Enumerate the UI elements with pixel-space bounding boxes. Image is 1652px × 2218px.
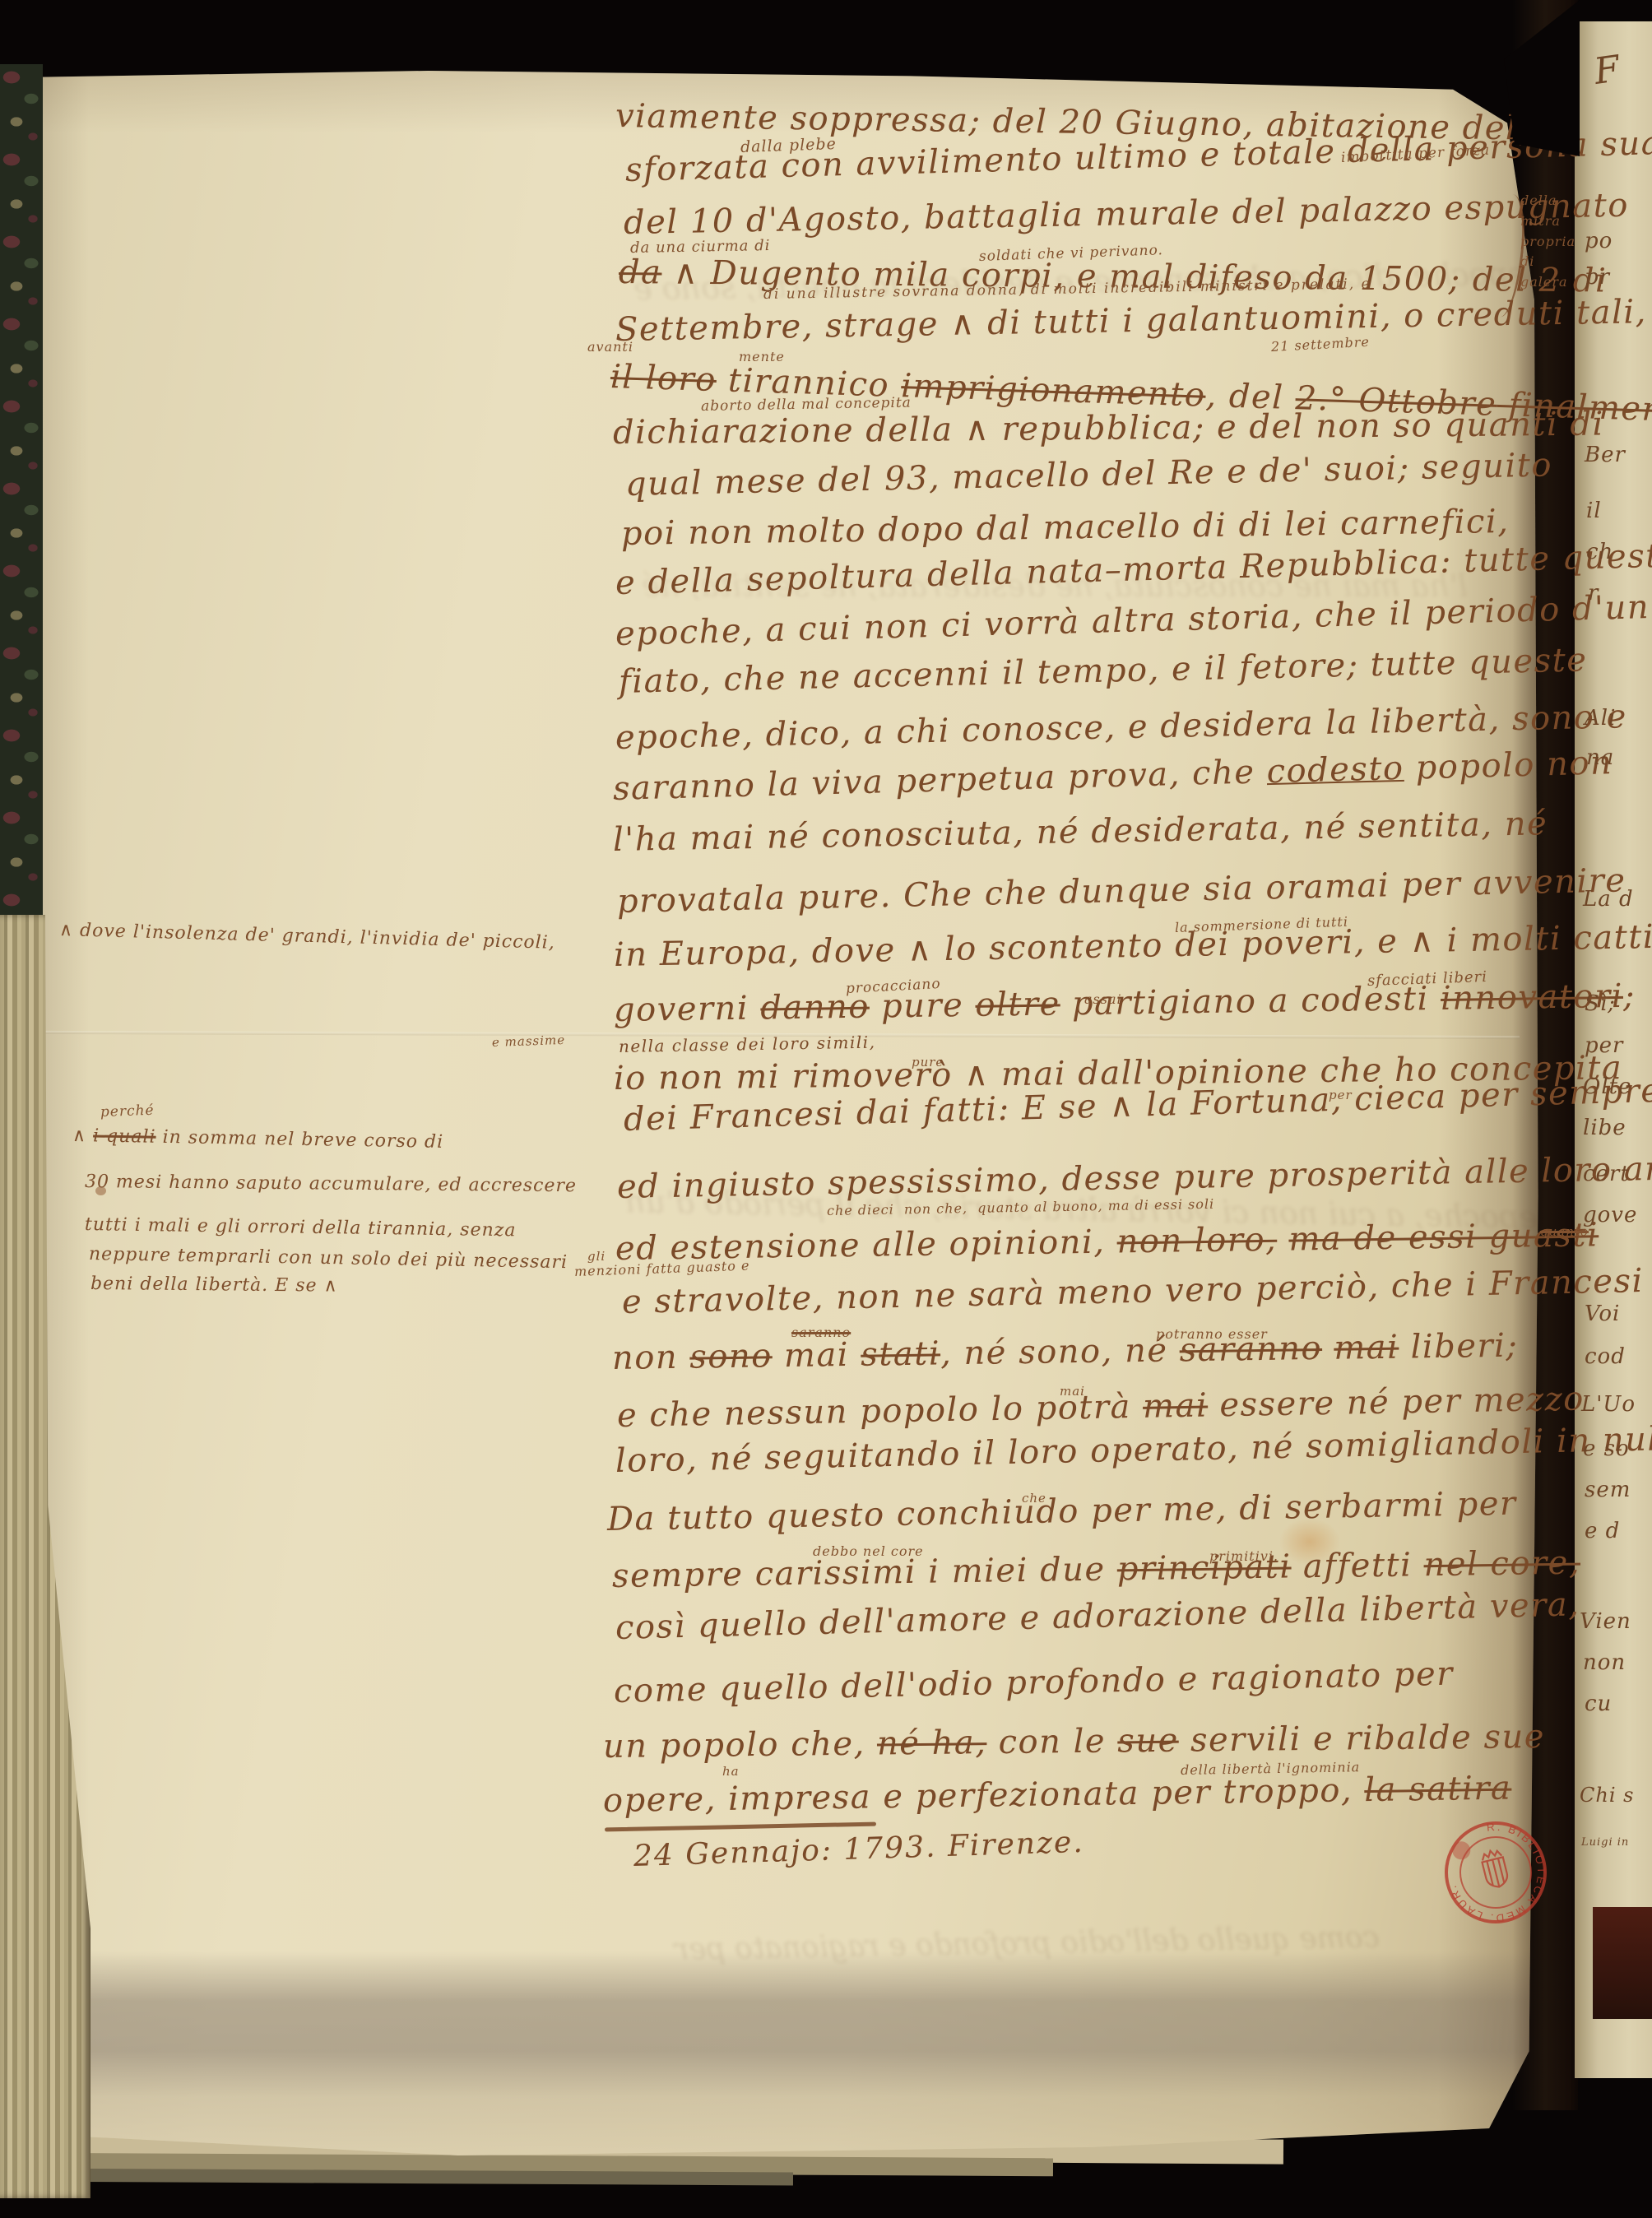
text-segment: servili e ribalde sue bbox=[1179, 1718, 1546, 1760]
struck-word: sue bbox=[1117, 1722, 1179, 1761]
text-segment: affetti bbox=[1291, 1546, 1424, 1585]
interlinear-correction: assai bbox=[1084, 991, 1122, 1007]
struck-word: la satira bbox=[1364, 1770, 1512, 1809]
facing-page-text-fragment: Luigi in bbox=[1581, 1836, 1629, 1849]
text-segment: popolo non bbox=[1404, 744, 1613, 787]
facing-page-text-fragment: L'Uo bbox=[1581, 1392, 1636, 1417]
struck-word: stati bbox=[861, 1334, 940, 1373]
interlinear-correction: potranno esser bbox=[1156, 1326, 1268, 1342]
margin-micro-note: gli bbox=[587, 1249, 606, 1264]
margin-block-line: 30 mesi hanno saputo accumulare, ed accr… bbox=[85, 1172, 577, 1196]
interlinear-note: mente bbox=[739, 349, 785, 364]
text-segment: liberi; bbox=[1399, 1327, 1519, 1367]
facing-page-text-fragment: cod bbox=[1585, 1344, 1626, 1369]
margin-block-line: beni della libertà. E se ∧ bbox=[90, 1274, 338, 1297]
interlinear-note: debbo nel core bbox=[813, 1543, 924, 1559]
facing-page-text-fragment: na bbox=[1586, 745, 1614, 770]
text-segment bbox=[1322, 1329, 1334, 1367]
facing-page-text-fragment: Sì; bbox=[1585, 991, 1616, 1016]
struck-word: da bbox=[619, 253, 662, 291]
facing-page-text-fragment: po bbox=[1585, 229, 1613, 253]
struck-word: sono bbox=[689, 1337, 773, 1376]
facing-page-text-fragment: Olte bbox=[1583, 1074, 1631, 1099]
facing-page-text-fragment: sem bbox=[1585, 1478, 1631, 1502]
marbled-cover-edge bbox=[0, 64, 43, 924]
struck-word: mai bbox=[1143, 1386, 1209, 1425]
text-segment: governi bbox=[614, 990, 761, 1029]
margin-word-stack: della mitra propria di galera bbox=[1520, 191, 1575, 293]
struck-word: mai bbox=[1334, 1329, 1399, 1367]
struck-word: oltre bbox=[975, 985, 1060, 1023]
text-segment: , né sono, né bbox=[940, 1331, 1180, 1372]
facing-page-text-fragment: F bbox=[1592, 48, 1623, 93]
interlinear-correction: primitivi. bbox=[1209, 1548, 1278, 1564]
stamp-shield-emblem bbox=[1480, 1849, 1510, 1890]
facing-page-text-fragment: Ber bbox=[1585, 443, 1626, 467]
interlinear-note: ha bbox=[722, 1764, 740, 1779]
facing-page-text-fragment: Ali bbox=[1585, 706, 1616, 731]
facing-page-text-fragment: il bbox=[1586, 499, 1602, 523]
interlinear-note: dalla plebe bbox=[740, 135, 838, 156]
facing-page-text-fragment: cert bbox=[1583, 1162, 1630, 1186]
interlinear-note: da una ciurma di bbox=[630, 237, 771, 257]
struck-interlinear-word: saranno bbox=[791, 1325, 851, 1340]
interlinear-note: per bbox=[1329, 1088, 1353, 1102]
handwritten-line: nella classe dei loro simili, bbox=[619, 1034, 876, 1056]
text-segment: con le bbox=[986, 1722, 1117, 1761]
struck-word: né ha, bbox=[877, 1724, 987, 1762]
facing-page-text-fragment: ch bbox=[1586, 540, 1613, 564]
text-segment: ; bbox=[1623, 977, 1636, 1015]
interlinear-note: avanti bbox=[587, 339, 633, 355]
text-segment: ∧ bbox=[72, 1125, 94, 1146]
facing-page-text-fragment: r bbox=[1588, 581, 1599, 606]
facing-page-text-fragment: La d bbox=[1583, 887, 1634, 912]
underlined-word: codesto bbox=[1266, 749, 1404, 791]
facing-page-text-fragment: e so bbox=[1583, 1436, 1630, 1461]
manuscript-scan: { "colors": { "paper": "#e7ddbc", "ink":… bbox=[0, 0, 1652, 2218]
text-segment: mai bbox=[772, 1336, 861, 1375]
struck-word: non loro, bbox=[1116, 1221, 1277, 1261]
text-segment: un popolo che, bbox=[603, 1725, 877, 1766]
stamp-ink-blot bbox=[1450, 1840, 1473, 1862]
interlinear-note: mai bbox=[1060, 1384, 1085, 1399]
text-segment: non bbox=[612, 1339, 690, 1377]
facing-page-text-fragment: e d bbox=[1585, 1519, 1620, 1543]
margin-lead-word: perché bbox=[100, 1102, 155, 1121]
text-segment bbox=[1277, 1221, 1289, 1259]
facing-page-text-fragment: Vien bbox=[1580, 1609, 1631, 1634]
interlinear-note: della libertà l'ignominia bbox=[1181, 1759, 1361, 1778]
facing-page-text-fragment: gove bbox=[1583, 1203, 1637, 1227]
facing-page-text-fragment: cu bbox=[1585, 1691, 1612, 1716]
facing-page-text-fragment: Chi s bbox=[1580, 1784, 1634, 1807]
struck-word: il loro bbox=[610, 358, 717, 399]
interlinear-note: pure bbox=[912, 1055, 944, 1070]
facing-page-dark-area bbox=[1593, 1907, 1652, 2019]
facing-page-text-fragment: pr bbox=[1585, 265, 1610, 290]
facing-page-text-fragment: non bbox=[1583, 1650, 1626, 1675]
facing-page-text-fragment: per bbox=[1585, 1033, 1623, 1058]
struck-word: i quali bbox=[93, 1125, 156, 1147]
text-segment: essere né per mezzo bbox=[1208, 1380, 1585, 1424]
facing-page-text-fragment: libe bbox=[1583, 1116, 1626, 1140]
interlinear-note: che bbox=[1022, 1491, 1046, 1506]
struck-margin-word: quanto bbox=[1540, 1224, 1589, 1239]
facing-page-text-fragment: Voi bbox=[1585, 1302, 1620, 1326]
margin-micro-note: e massime bbox=[492, 1032, 566, 1050]
struck-word: nel core, bbox=[1423, 1544, 1580, 1585]
